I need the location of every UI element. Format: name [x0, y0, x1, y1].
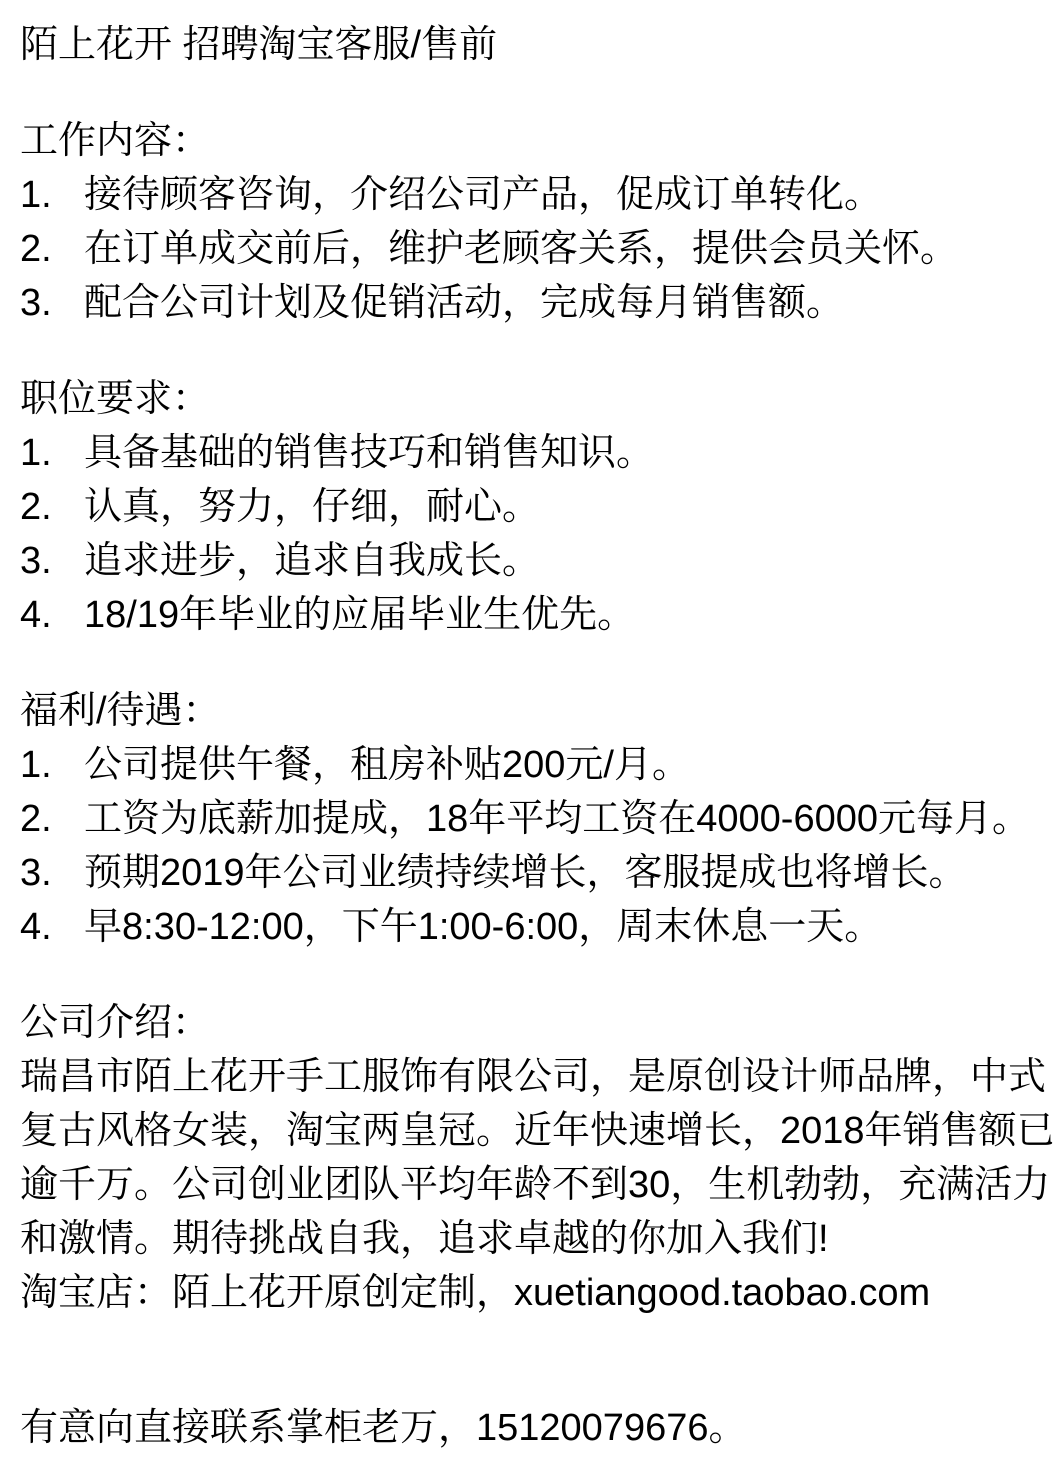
list-item-number: 1.	[20, 168, 84, 222]
list-item-text: 认真，努力，仔细，耐心。	[84, 480, 540, 534]
company-intro-line: 复古风格女装，淘宝两皇冠。近年快速增长，2018年销售额已	[20, 1104, 1033, 1158]
company-intro-line: 和激情。期待挑战自我，追求卓越的你加入我们!	[20, 1212, 1033, 1266]
list-item: 3. 配合公司计划及促销活动，完成每月销售额。	[20, 276, 1033, 330]
list-item-text: 公司提供午餐，租房补贴200元/月。	[84, 738, 690, 792]
list-item: 1. 公司提供午餐，租房补贴200元/月。	[20, 738, 1033, 792]
company-intro-line: 瑞昌市陌上花开手工服饰有限公司，是原创设计师品牌，中式	[20, 1050, 1033, 1104]
list-item-text: 在订单成交前后，维护老顾客关系，提供会员关怀。	[84, 222, 958, 276]
list-item-number: 2.	[20, 222, 84, 276]
contact-line: 有意向直接联系掌柜老万，15120079676。	[20, 1401, 1033, 1455]
list-item: 3. 预期2019年公司业绩持续增长，客服提成也将增长。	[20, 846, 1033, 900]
list-item-text: 早8:30-12:00，下午1:00-6:00，周末休息一天。	[84, 900, 882, 954]
list-item-number: 4.	[20, 900, 84, 954]
list-item-number: 2.	[20, 792, 84, 846]
section-heading-company-intro: 公司介绍：	[20, 996, 1033, 1050]
list-item: 1. 接待顾客咨询，介绍公司产品，促成订单转化。	[20, 168, 1033, 222]
list-item-text: 接待顾客咨询，介绍公司产品，促成订单转化。	[84, 168, 882, 222]
section-heading-requirements: 职位要求：	[20, 372, 1033, 426]
section-heading-job-content: 工作内容：	[20, 114, 1033, 168]
list-item-number: 1.	[20, 426, 84, 480]
list-item-number: 4.	[20, 588, 84, 642]
list-item-text: 追求进步，追求自我成长。	[84, 534, 540, 588]
list-item-number: 1.	[20, 738, 84, 792]
list-item-text: 工资为底薪加提成，18年平均工资在4000-6000元每月。	[84, 792, 1030, 846]
list-item: 2. 工资为底薪加提成，18年平均工资在4000-6000元每月。	[20, 792, 1033, 846]
section-company-intro: 公司介绍： 瑞昌市陌上花开手工服饰有限公司，是原创设计师品牌，中式 复古风格女装…	[20, 996, 1033, 1320]
list-item-number: 3.	[20, 276, 84, 330]
company-intro-line: 逾千万。公司创业团队平均年龄不到30，生机勃勃，充满活力	[20, 1158, 1033, 1212]
list-item: 1. 具备基础的销售技巧和销售知识。	[20, 426, 1033, 480]
section-job-content: 工作内容： 1. 接待顾客咨询，介绍公司产品，促成订单转化。 2. 在订单成交前…	[20, 114, 1033, 330]
taobao-shop-line: 淘宝店：陌上花开原创定制，xuetiangood.taobao.com	[20, 1266, 1033, 1320]
list-item: 2. 认真，努力，仔细，耐心。	[20, 480, 1033, 534]
list-item-number: 2.	[20, 480, 84, 534]
list-item: 4. 18/19年毕业的应届毕业生优先。	[20, 588, 1033, 642]
list-item: 2. 在订单成交前后，维护老顾客关系，提供会员关怀。	[20, 222, 1033, 276]
list-item: 4. 早8:30-12:00，下午1:00-6:00，周末休息一天。	[20, 900, 1033, 954]
job-posting-document: 陌上花开 招聘淘宝客服/售前 工作内容： 1. 接待顾客咨询，介绍公司产品，促成…	[0, 0, 1053, 1472]
list-item-number: 3.	[20, 534, 84, 588]
list-item-text: 配合公司计划及促销活动，完成每月销售额。	[84, 276, 844, 330]
list-item-text: 具备基础的销售技巧和销售知识。	[84, 426, 654, 480]
list-item-number: 3.	[20, 846, 84, 900]
section-benefits: 福利/待遇： 1. 公司提供午餐，租房补贴200元/月。 2. 工资为底薪加提成…	[20, 684, 1033, 954]
list-item: 3. 追求进步，追求自我成长。	[20, 534, 1033, 588]
list-item-text: 预期2019年公司业绩持续增长，客服提成也将增长。	[84, 846, 967, 900]
list-item-text: 18/19年毕业的应届毕业生优先。	[84, 588, 635, 642]
section-requirements: 职位要求： 1. 具备基础的销售技巧和销售知识。 2. 认真，努力，仔细，耐心。…	[20, 372, 1033, 642]
document-title: 陌上花开 招聘淘宝客服/售前	[20, 18, 1033, 72]
section-heading-benefits: 福利/待遇：	[20, 684, 1033, 738]
